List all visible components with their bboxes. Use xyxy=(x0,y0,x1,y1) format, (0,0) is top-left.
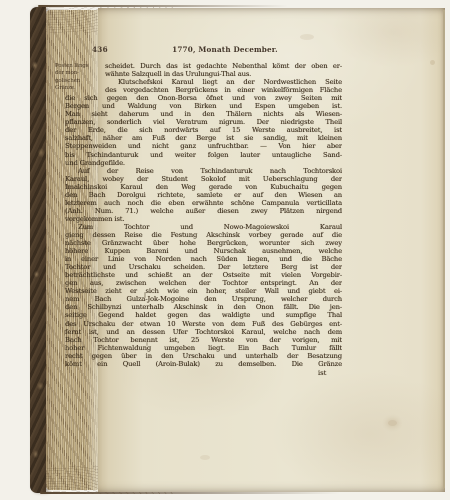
text-line: fernt ist, und an dessen Ufer Tochtorsko… xyxy=(65,328,342,336)
book-cover-edge xyxy=(30,7,46,493)
text-line: Steppenweiden und nicht ganz unfruchtbar… xyxy=(65,142,342,150)
text-line: Bach Tochtor benennt ist, 25 Werste von … xyxy=(65,336,342,344)
text-line: Klutschefskoi Karaul liegt an der Nordwe… xyxy=(105,78,342,86)
text-line: recht gegen über in den Urschaku und unt… xyxy=(65,352,342,360)
page-right-edge xyxy=(443,10,445,488)
page-top-edge xyxy=(38,5,288,7)
text-line: wähnte Salzquell in das Urulungui-Thal a… xyxy=(105,70,342,78)
foxing-spot xyxy=(388,420,397,426)
running-header: 1770, Monath December. xyxy=(150,45,300,54)
text-line: bis Tschindanturuk und weiter folgen lau… xyxy=(65,151,342,159)
text-line: gieng dessen Reise die Festung Akschinsk… xyxy=(65,231,342,239)
text-line: Imalchinskoi Karaul den Weg gerade von K… xyxy=(65,183,342,191)
text-line: den Schilbynzi unterhalb Akschinsk in de… xyxy=(65,303,342,311)
text-line: vorgekommen ist. xyxy=(65,215,342,223)
text-line: die sich gegen den Onon-Borsa öfnet und … xyxy=(65,94,342,102)
book-scan: 436 1770, Monath December. Posten längsd… xyxy=(0,0,450,500)
text-line: nem Bach Gulza-Jok-Mogoine den Ursprung,… xyxy=(65,295,342,303)
text-line: Bergen und Waldung von Birken und Espen … xyxy=(65,102,342,110)
text-line: des vorgedachten Bergrückens in einer wi… xyxy=(105,86,342,94)
foxing-spot xyxy=(200,455,210,460)
text-line: Auf der Reise von Tschindanturuk nach To… xyxy=(65,167,342,175)
page-number: 436 xyxy=(92,45,108,54)
text-line: Man sieht daherum und in den Thälern nic… xyxy=(65,110,342,118)
text-line: des Urschaku der etwan 10 Werste von dem… xyxy=(65,320,342,328)
foxing-spot xyxy=(300,34,314,40)
text-line: Westseite zieht er sich wie ein hoher, s… xyxy=(65,287,342,295)
text-line: kömt ein Quell (Aroin-Bulak) zu demselbe… xyxy=(65,360,342,368)
text-line: salzhaft, näher am Fuß der Berge ist sie… xyxy=(65,134,342,142)
foxing-spot xyxy=(430,60,435,65)
text-line: in einer Linie von Norden nach Süden lie… xyxy=(65,255,342,263)
text-line: den Bach Dorolgui richtete, samlete er a… xyxy=(65,191,342,199)
text-line: hoher Fichtenwaldung umgeben liegt. Ein … xyxy=(65,344,342,352)
text-line: (Anh. Num. 71.) welche außer diesen zwey… xyxy=(65,207,342,215)
text-line: gen aus, zwischen welchen der Tochtor en… xyxy=(65,279,342,287)
text-line: Zum Tochtor und Nowo-Magoiewskoi Karaul xyxy=(65,223,342,231)
text-line: nächste Gränzwacht über hohe Bergrücken,… xyxy=(65,239,342,247)
text-line: und Grandgefilde. xyxy=(65,159,342,167)
text-line: letzterem auch noch die eben erwähnte sc… xyxy=(65,199,342,207)
body-text: scheidet. Durch das ist gedachte Nebenth… xyxy=(65,62,342,368)
text-line: seitige Gegend haldet gegen das waldigte… xyxy=(65,311,342,319)
text-line: Karaul, wobey der Student Sokolof mit Ue… xyxy=(65,175,342,183)
text-line: Tochtor und Urschaku scheiden. Der letzt… xyxy=(65,263,342,271)
text-line: pflanzen, sonderlich viel Veratrum nigru… xyxy=(65,118,342,126)
text-line: scheidet. Durch das ist gedachte Nebenth… xyxy=(105,62,342,70)
text-line: beträchtlichste und schießt an der Ostse… xyxy=(65,271,342,279)
text-line: höhere Kuppen Bareni und Nurschak ausneh… xyxy=(65,247,342,255)
text-line: der Erde, die sich nordwärts auf 15 Wers… xyxy=(65,126,342,134)
page-bottom-edge xyxy=(40,492,340,494)
catchword: ist xyxy=(318,369,326,377)
